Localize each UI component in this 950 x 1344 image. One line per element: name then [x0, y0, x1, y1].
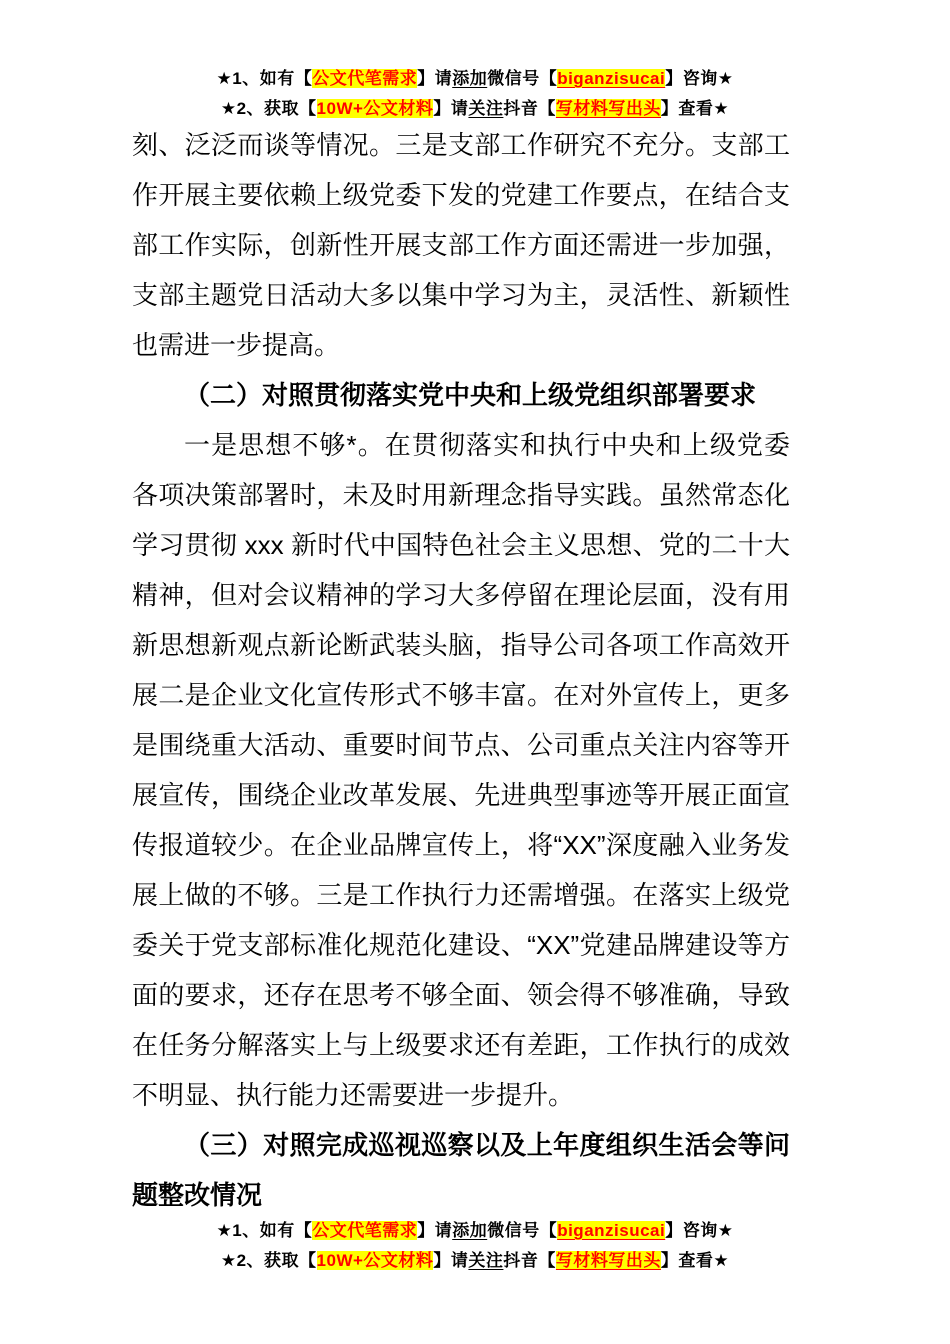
document-page: ★1、如有【公文代笔需求】请添加微信号【biganzisucai】咨询★★2、获… [0, 0, 950, 1344]
highlighted-text: 10W+公文材料 [317, 1251, 434, 1270]
notice-text: ★2、获取【 [221, 1251, 317, 1270]
notice-text: ★1、如有【 [217, 1221, 313, 1240]
notice-text: ★1、如有【 [217, 69, 313, 88]
notice-text: 】咨询★ [665, 1221, 733, 1240]
highlighted-text: 公文代笔需求 [312, 69, 417, 88]
notice-text: ★2、获取【 [221, 99, 317, 118]
notice-text: 】请 [417, 1221, 452, 1240]
notice-line: ★1、如有【公文代笔需求】请添加微信号【biganzisucai】咨询★ [0, 1216, 950, 1246]
notice-text: 添加 [452, 69, 487, 88]
document-body: 刻、泛泛而谈等情况。三是支部工作研究不充分。支部工作开展主要依赖上级党委下发的党… [132, 120, 790, 1220]
notice-line: ★2、获取【10W+公文材料】请关注抖音【写材料写出头】查看★ [0, 1246, 950, 1276]
section-heading: （二）对照贯彻落实党中央和上级党组织部署要求 [132, 370, 790, 420]
notice-text: 关注 [468, 99, 503, 118]
notice-text: 】查看★ [661, 1251, 729, 1270]
highlighted-text: biganzisucai [557, 69, 665, 88]
notice-text: 关注 [468, 1251, 503, 1270]
notice-block: ★1、如有【公文代笔需求】请添加微信号【biganzisucai】咨询★★2、获… [0, 64, 950, 124]
body-paragraph: 刻、泛泛而谈等情况。三是支部工作研究不充分。支部工作开展主要依赖上级党委下发的党… [132, 120, 790, 370]
notice-text: 】查看★ [661, 99, 729, 118]
notice-text: 抖音【 [503, 1251, 556, 1270]
notice-text: 】咨询★ [665, 69, 733, 88]
notice-line: ★1、如有【公文代笔需求】请添加微信号【biganzisucai】咨询★ [0, 64, 950, 94]
body-paragraph: 一是思想不够*。在贯彻落实和执行中央和上级党委各项决策部署时，未及时用新理念指导… [132, 420, 790, 1120]
notice-text: 抖音【 [503, 99, 556, 118]
notice-block: ★1、如有【公文代笔需求】请添加微信号【biganzisucai】咨询★★2、获… [0, 1216, 950, 1276]
highlighted-text: 写材料写出头 [556, 1251, 661, 1270]
highlighted-text: 10W+公文材料 [317, 99, 434, 118]
section-heading: （三）对照完成巡视巡察以及上年度组织生活会等问题整改情况 [132, 1120, 790, 1220]
notice-text: 】请 [433, 99, 468, 118]
highlighted-text: 写材料写出头 [556, 99, 661, 118]
notice-text: 添加 [452, 1221, 487, 1240]
notice-text: 】请 [417, 69, 452, 88]
highlighted-text: biganzisucai [557, 1221, 665, 1240]
notice-text: 】请 [433, 1251, 468, 1270]
notice-text: 微信号【 [487, 69, 557, 88]
notice-text: 微信号【 [487, 1221, 557, 1240]
highlighted-text: 公文代笔需求 [312, 1221, 417, 1240]
